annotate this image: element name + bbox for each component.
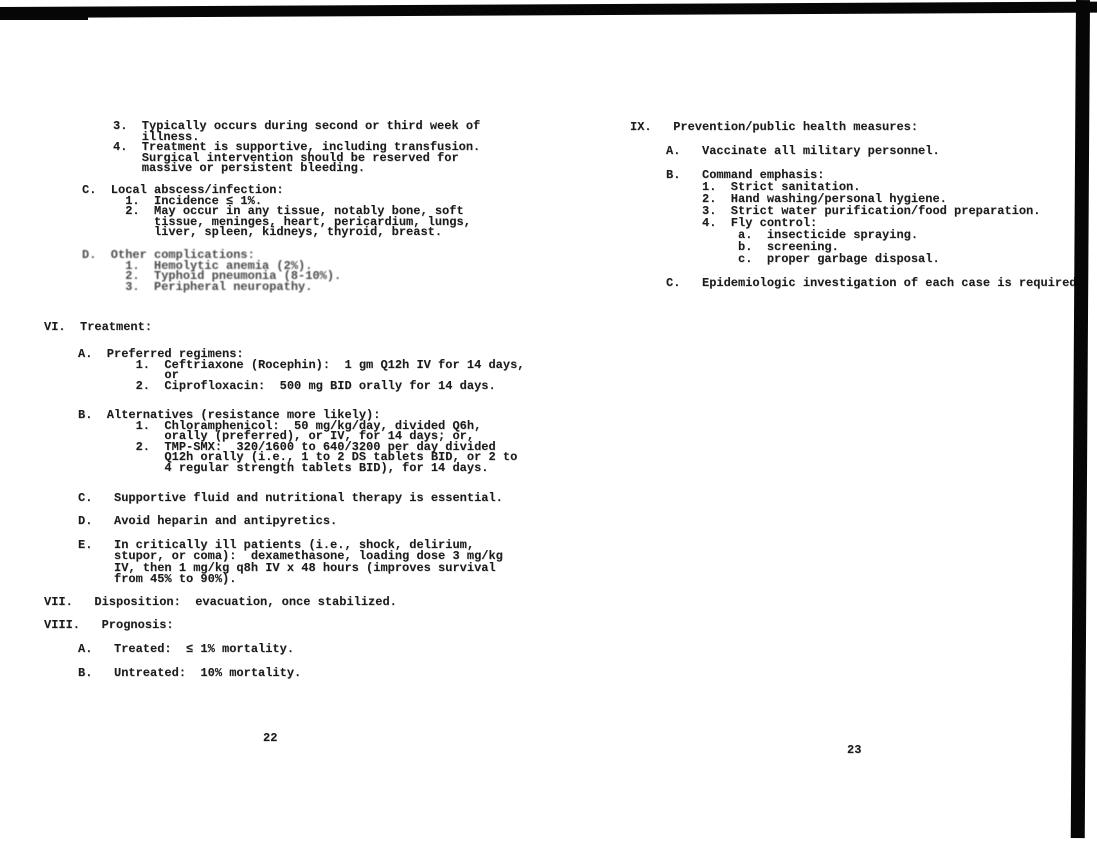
section-c-epidemiologic-investigation: C. Epidemiologic investigation of each c…: [666, 277, 1076, 289]
page-number-23: 23: [847, 744, 861, 756]
page-23: IX. Prevention/public health measures: A…: [0, 0, 1097, 850]
section-a-vaccinate: A. Vaccinate all military personnel.: [666, 145, 940, 157]
heading-ix-prevention: IX. Prevention/public health measures:: [630, 121, 918, 133]
scanner-edge-top-ledge: [0, 17, 88, 20]
section-b-command-emphasis: B. Command emphasis: 1. Strict sanitatio…: [666, 169, 1040, 265]
